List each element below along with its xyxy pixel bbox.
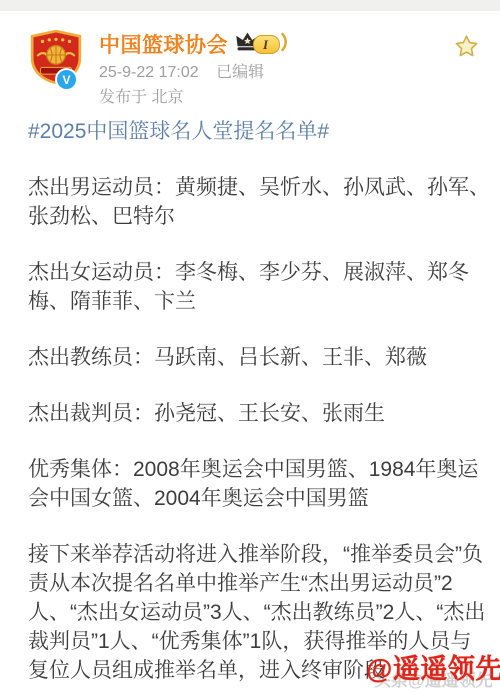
top-strip	[0, 0, 500, 11]
paragraph-coaches: 杰出教练员：马跃南、吕长新、王非、郑薇	[28, 343, 490, 372]
post-header: V 中国篮球协会 I 2	[0, 11, 500, 108]
paragraph-teams: 优秀集体：2008年奥运会中国男篮、1984年奥运会中国女篮、2004年奥运会中…	[28, 455, 490, 513]
paragraph-female-athletes: 杰出女运动员：李冬梅、李少芬、展淑萍、郑冬梅、隋菲菲、卞兰	[28, 258, 490, 316]
header-text: 中国篮球协会 I 25-9-22 17:02 已	[99, 30, 453, 108]
vip-level-badge[interactable]: I	[235, 31, 290, 57]
post-content: #2025中国篮球名人堂提名名单# 杰出男运动员：黄频捷、吴忻水、孙凤武、孙军、…	[0, 108, 500, 685]
timestamp: 25-9-22 17:02	[99, 64, 199, 81]
paragraph-process: 接下来举荐活动将进入推举阶段，“推举委员会”负责从本次提名名单中推举产生“杰出男…	[28, 540, 490, 685]
vip-level-label: I	[253, 35, 280, 54]
avatar[interactable]: V	[28, 30, 90, 90]
chevron-right-icon	[281, 32, 290, 57]
username-link[interactable]: 中国篮球协会	[99, 29, 228, 59]
hashtag-link[interactable]: #2025中国篮球名人堂提名名单#	[28, 117, 490, 146]
paragraph-male-athletes: 杰出男运动员：黄频捷、吴忻水、孙凤武、孙军、张劲松、巴特尔	[28, 173, 490, 231]
paragraph-referees: 杰出裁判员：孙尧冠、王长安、张雨生	[28, 399, 490, 428]
verified-v-icon: V	[55, 68, 78, 91]
star-favorite-icon[interactable]	[453, 33, 480, 65]
edited-label: 已编辑	[216, 64, 264, 81]
location-label: 发布于 北京	[99, 87, 453, 108]
